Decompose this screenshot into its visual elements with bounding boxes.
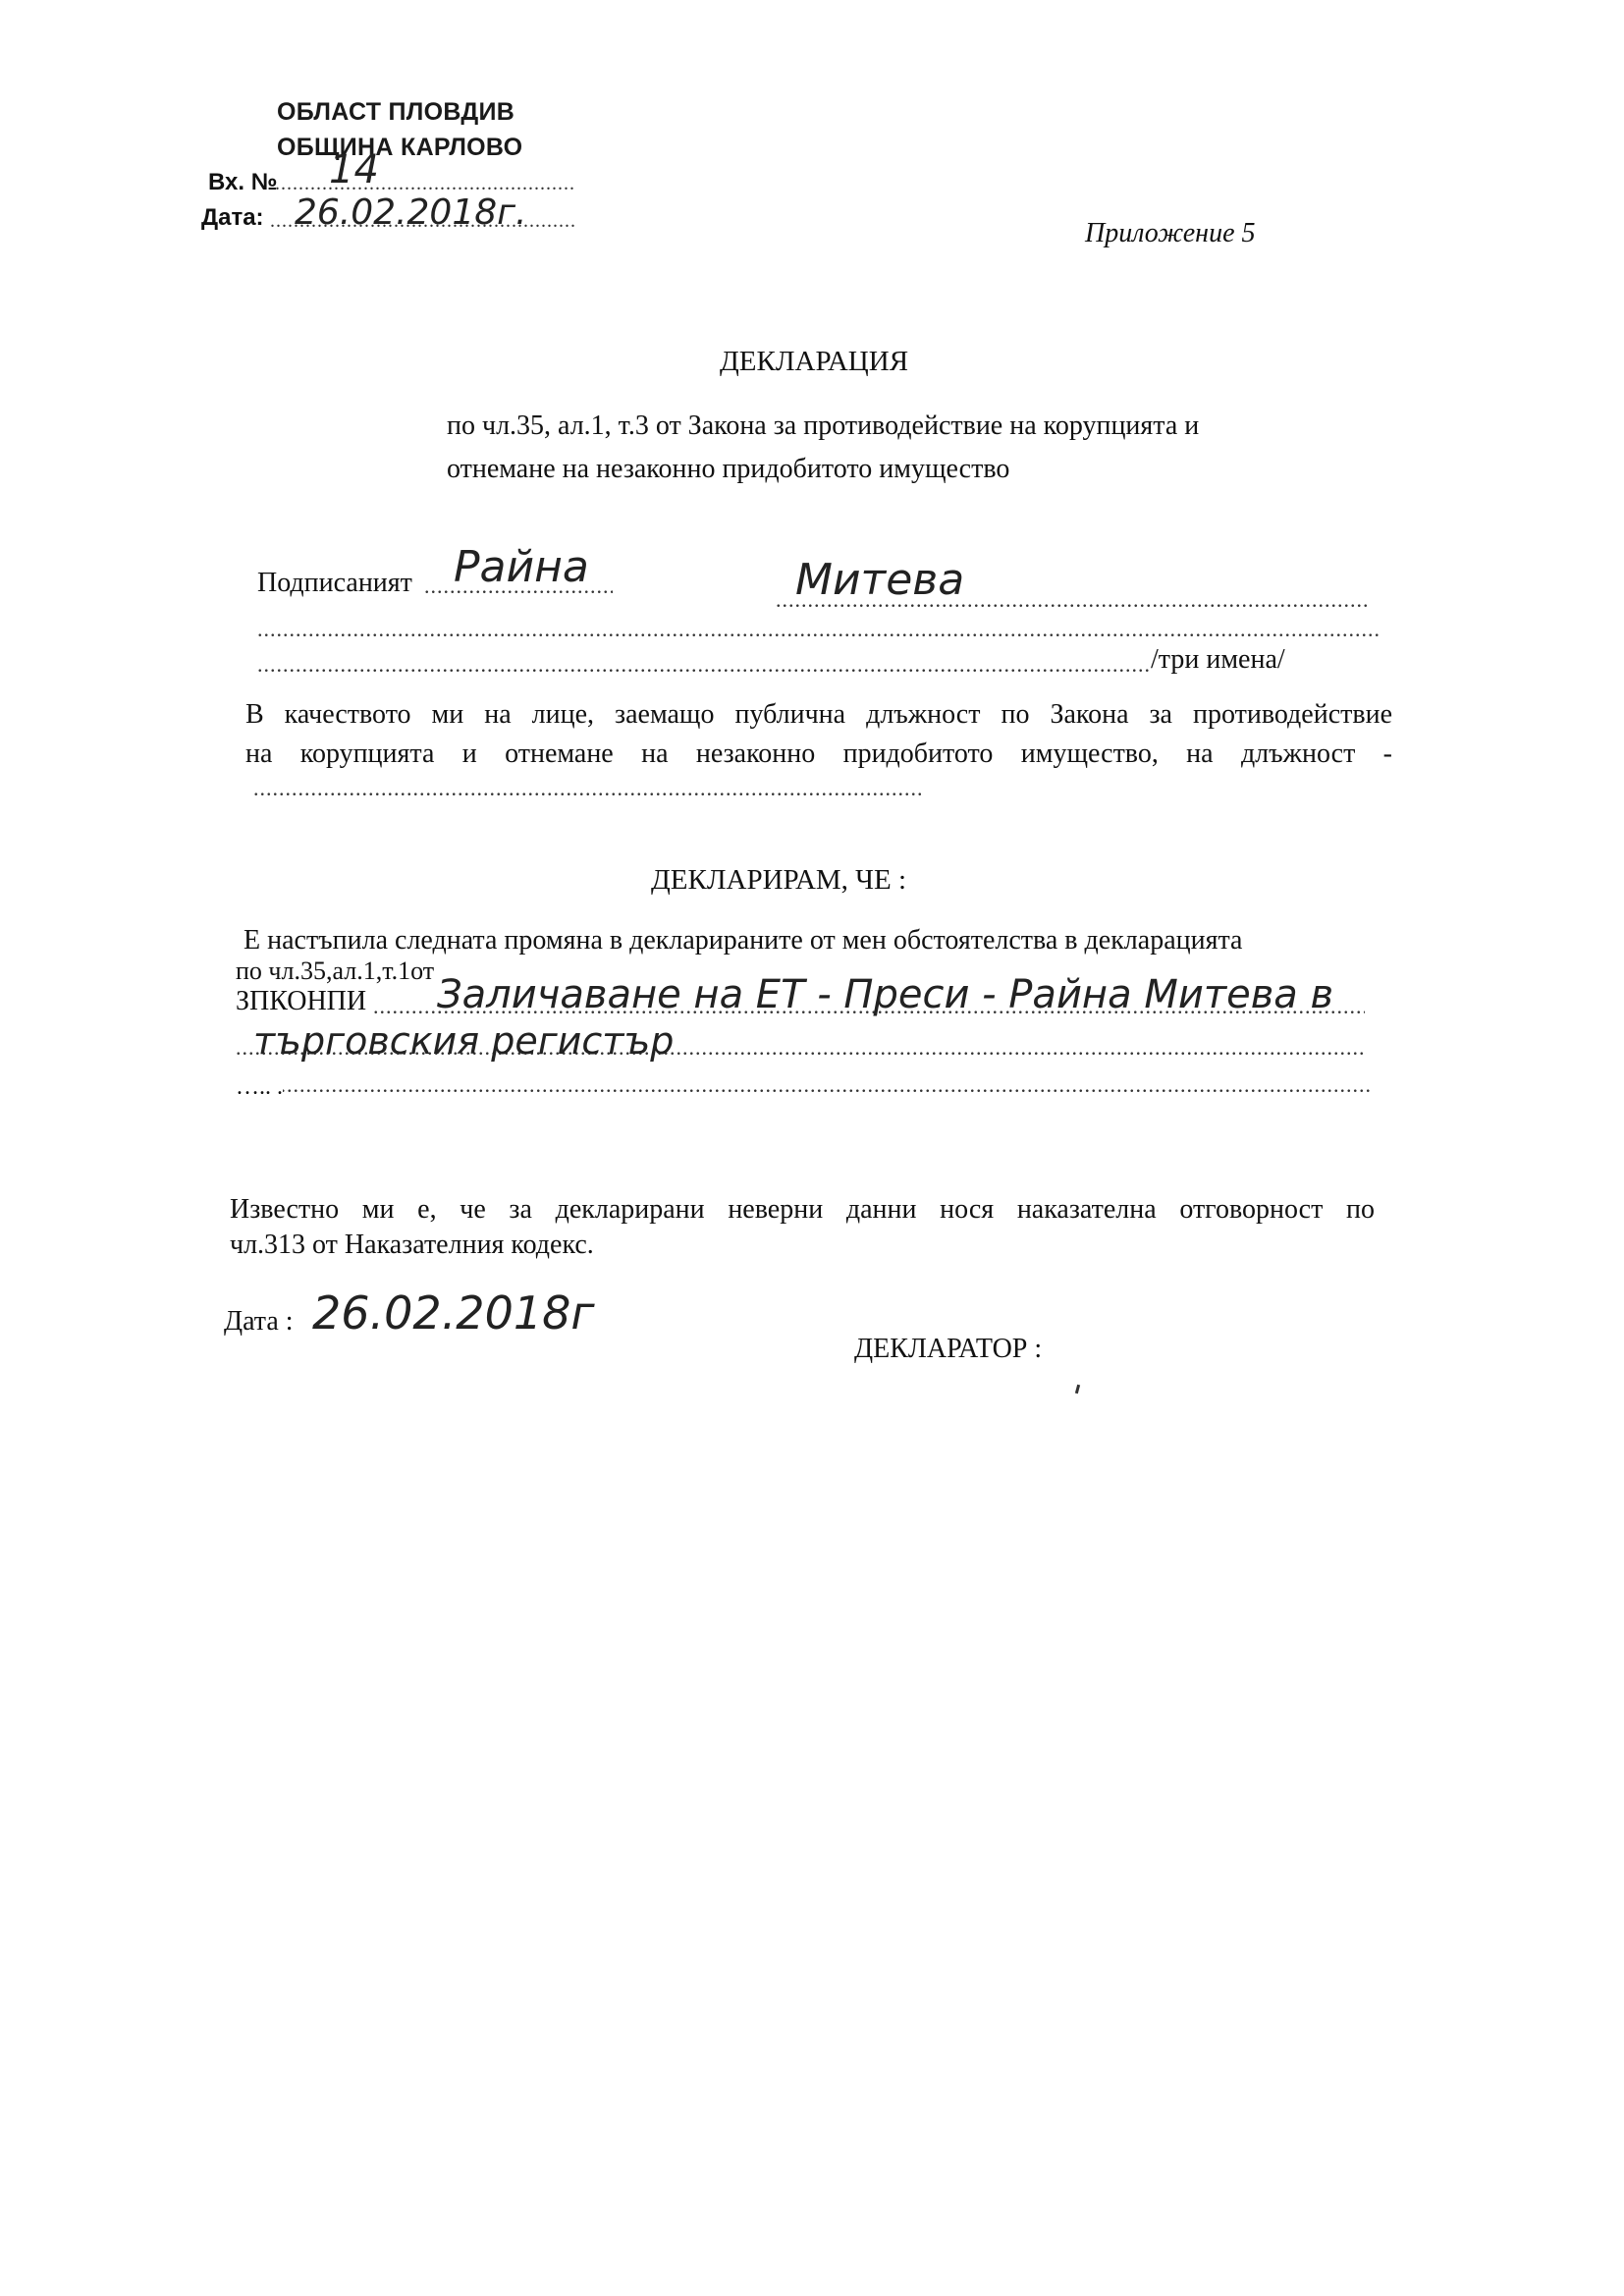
zpkonpi-label: ЗПКОНПИ	[236, 986, 366, 1017]
signatory-label: Подписаният	[257, 568, 412, 599]
footer-date-value: 26.02.2018г	[312, 1286, 595, 1339]
capacity-line-2: на корупцията и отнемане на незаконно пр…	[245, 738, 1392, 770]
signature-mark	[1075, 1385, 1080, 1394]
three-names-hint: /три имена/	[1151, 644, 1285, 676]
change-line-2: по чл.35,ал.1,т.1от	[236, 957, 434, 986]
stamp-date-label: Дата:	[201, 204, 264, 232]
position-dots: ........................................…	[253, 776, 921, 801]
footer-date-label: Дата :	[224, 1306, 294, 1338]
change-end-mark: ….. .	[236, 1074, 283, 1101]
incoming-number-label: Вх. №	[208, 169, 277, 196]
appendix-label: Приложение 5	[1085, 218, 1256, 249]
capacity-line-1: В качеството ми на лице, заемащо публичн…	[245, 699, 1392, 731]
stamp-date-value: 26.02.2018г.	[295, 192, 526, 233]
subtitle-line-1: по чл.35, ал.1, т.3 от Закона за противо…	[447, 410, 1199, 442]
document-title: ДЕКЛАРАЦИЯ	[720, 346, 908, 378]
signatory-last-name: Митева	[795, 555, 964, 605]
stamp-region: ОБЛАСТ ПЛОВДИВ	[277, 98, 514, 127]
signatory-dots-3: ........................................…	[257, 617, 1379, 642]
signatory-dots-4: ........................................…	[257, 652, 1151, 678]
declare-heading: ДЕКЛАРИРАМ, ЧЕ :	[651, 864, 906, 897]
change-handwritten-2: търговския регистър	[253, 1019, 674, 1063]
liability-line-2: чл.313 от Наказателния кодекс.	[230, 1230, 594, 1261]
signatory-first-name: Райна	[454, 542, 589, 592]
change-handwritten-1: Заличаване на ЕТ - Преси - Райна Митева …	[437, 972, 1333, 1017]
incoming-number-value: 14	[329, 147, 379, 192]
subtitle-line-2: отнемане на незаконно придобитото имущес…	[447, 454, 1009, 485]
stamp-municipality: ОБЩИНА КАРЛОВО	[277, 134, 522, 162]
liability-line-1: Известно ми е, че за декларирани неверни…	[230, 1194, 1375, 1226]
change-line-1: Е настъпила следната промяна в декларира…	[244, 925, 1242, 957]
declarant-label: ДЕКЛАРАТОР :	[854, 1334, 1042, 1365]
change-dots-3: ........................................…	[236, 1072, 1370, 1098]
